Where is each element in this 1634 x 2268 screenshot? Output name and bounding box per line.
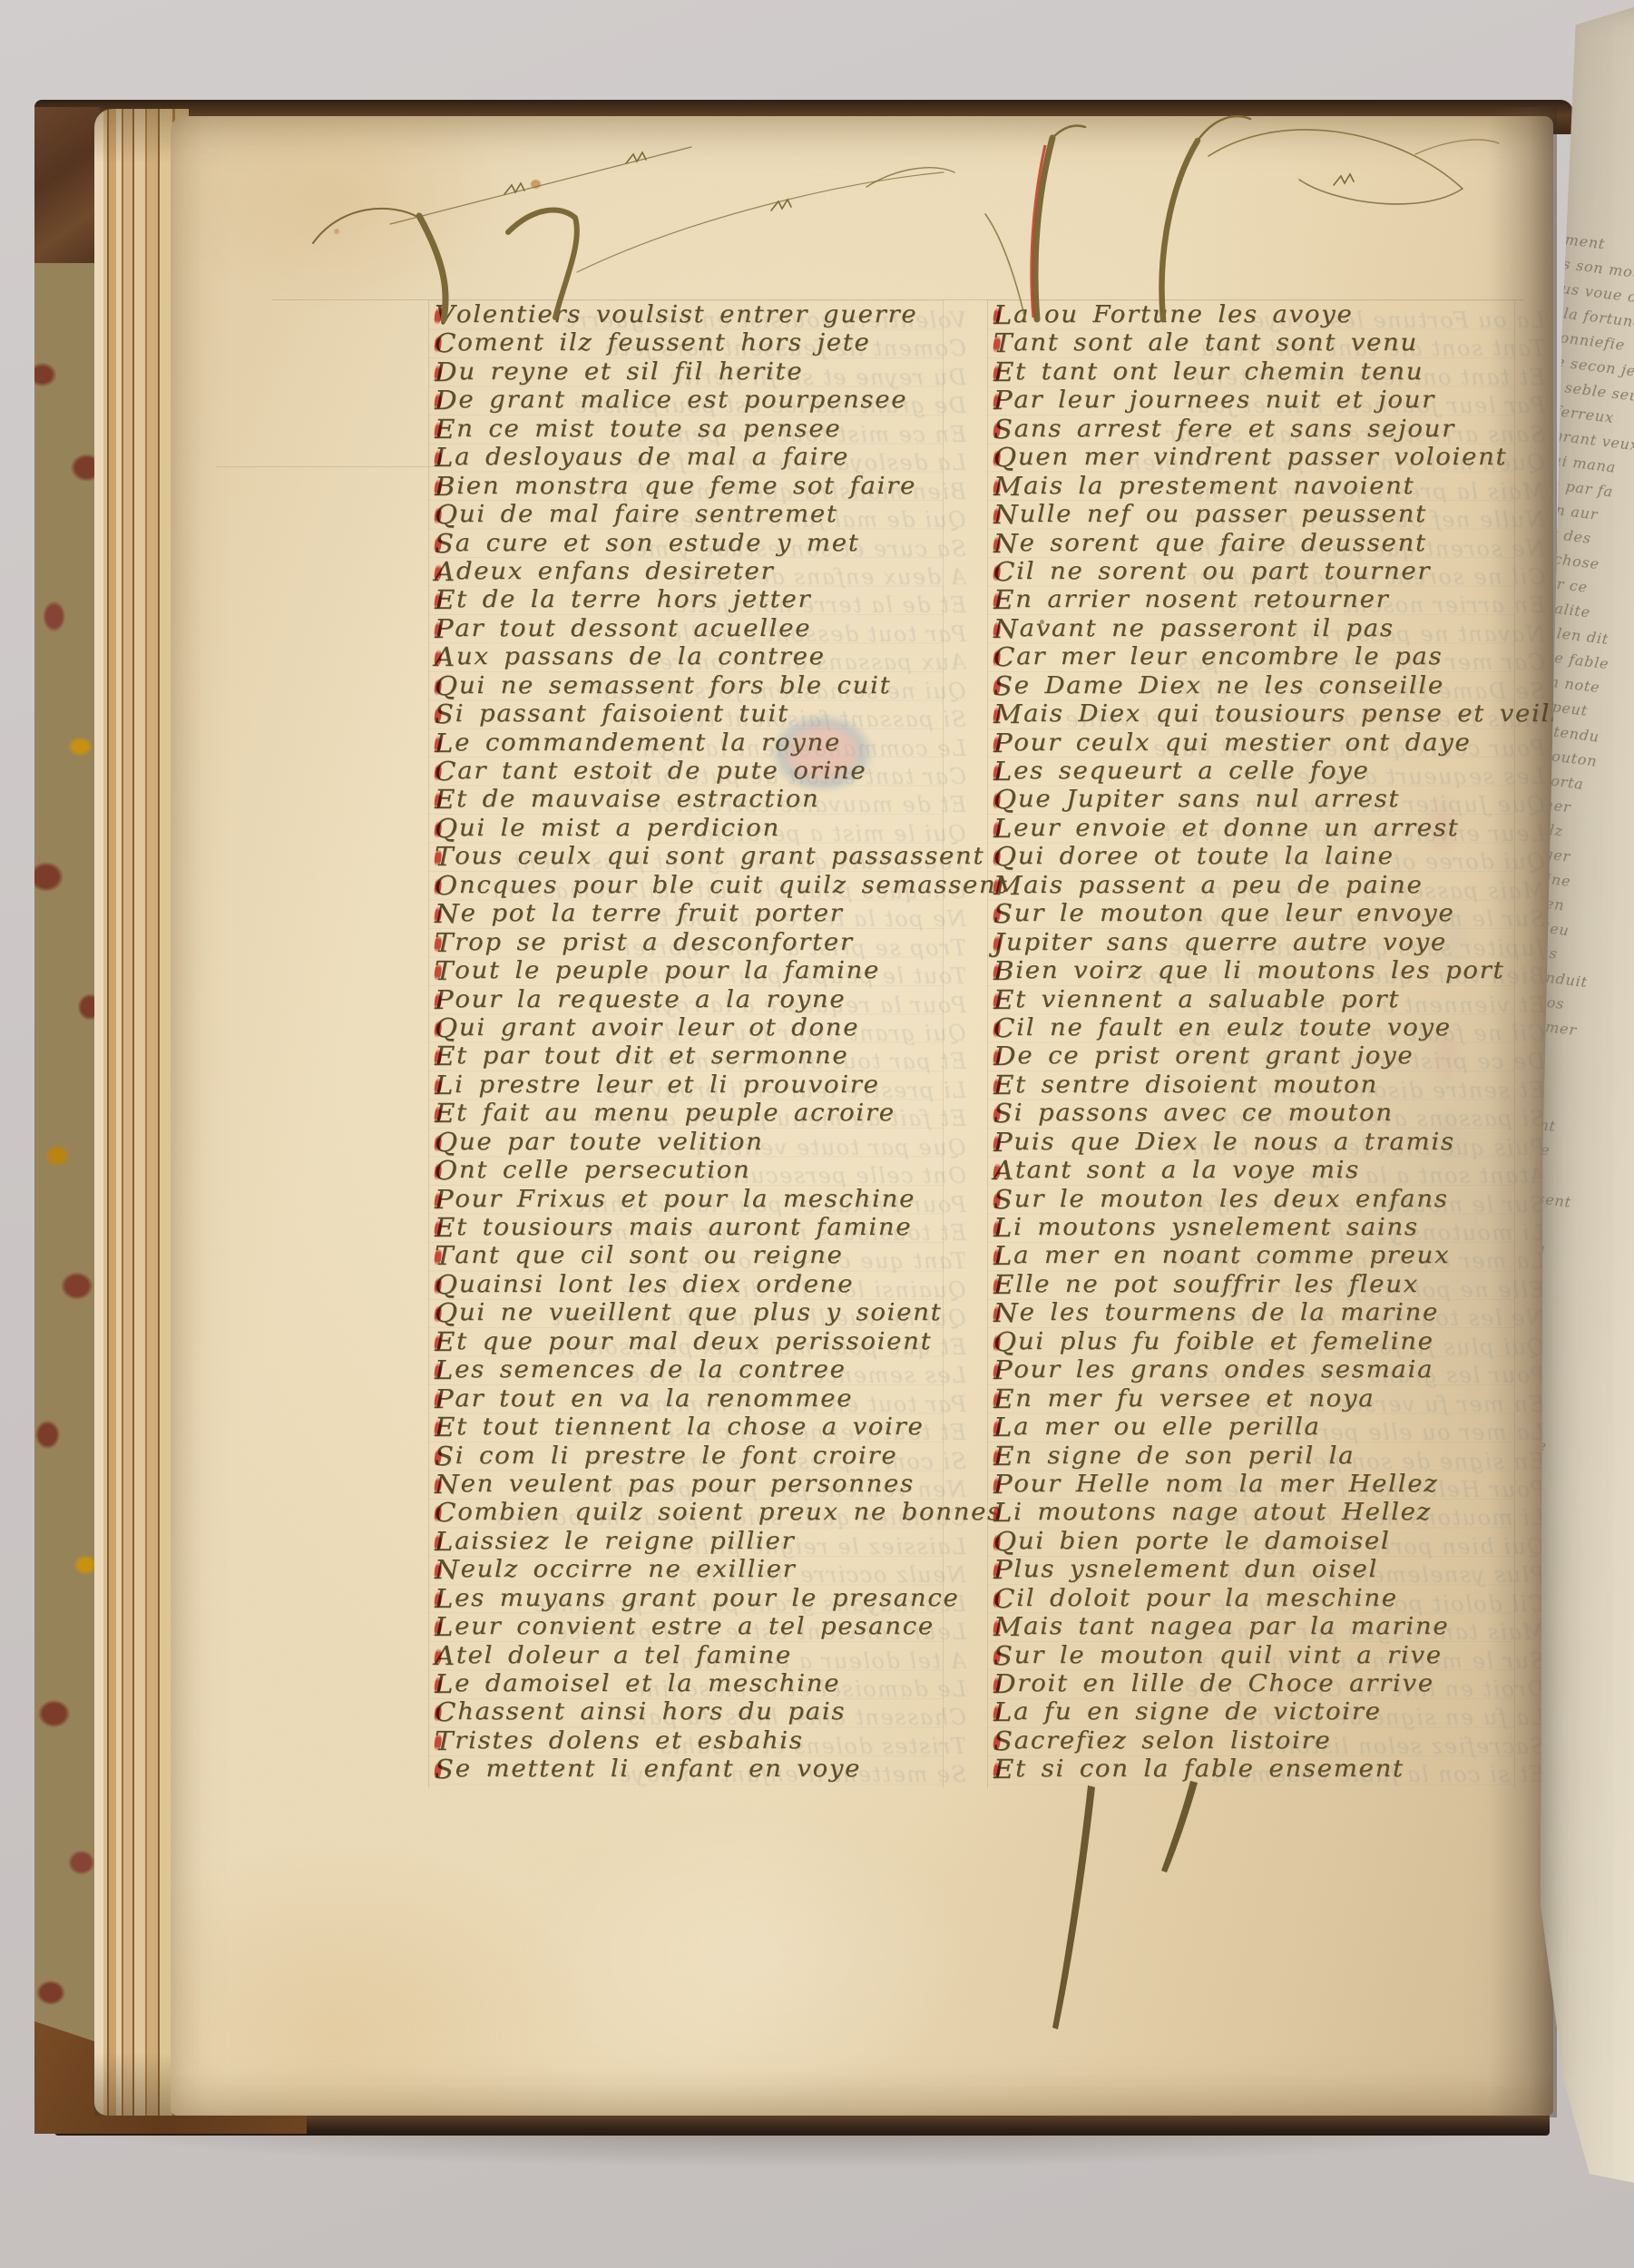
rubricated-initial: E [993,586,1015,614]
verse-line: Tant que cil sont ou reigne [435,1242,974,1270]
verse-line: Les semences de la contree [435,1356,974,1384]
rubricated-initial: N [993,1299,1020,1327]
rubricated-initial: S [993,1186,1014,1214]
verse-line: Tant sont ale tant sont venu [993,329,1547,357]
verse-line: Chassent ainsi hors du pais [435,1698,974,1726]
verse-line: Tristes dolens et esbahis [435,1727,974,1755]
verse-line: Par tout dessont acuellee [435,615,974,643]
rubricated-initial: L [435,1528,455,1556]
rubricated-initial: C [435,1499,457,1527]
verse-line: Plus ysnelement dun oisel [993,1556,1547,1584]
rubricated-initial: S [435,1755,455,1784]
rubricated-initial: C [993,1585,1016,1613]
verse-line: De grant malice est pourpensee [435,386,974,415]
verse-column-right: La ou Fortune les avoyeTant sont ale tan… [993,301,1547,1784]
spine-leather [34,107,100,270]
verse-line: Neulz occirre ne exillier [435,1556,974,1584]
rubricated-initial: P [435,615,455,643]
rubricated-initial: N [435,900,461,928]
marbled-cover-board [34,263,100,2123]
rubricated-initial: A [435,558,456,586]
rubricated-initial: P [435,986,455,1014]
parchment-spot [334,229,339,234]
verse-line: Sur le mouton les deux enfans [993,1186,1547,1214]
rubricated-initial: D [993,1042,1017,1070]
rubricated-initial: C [993,558,1016,586]
verse-line: Bien voirz que li moutons les port [993,957,1547,985]
rubricated-initial: P [993,1129,1013,1157]
verse-line: Se Dame Diex ne les conseille [993,672,1547,700]
rubricated-initial: Q [435,1271,459,1299]
verse-line: Quainsi lont les diex ordene [435,1271,974,1299]
rubricated-initial: L [993,1698,1013,1726]
rubricated-initial: P [993,729,1013,758]
verse-line: Ont celle persecution [435,1157,974,1185]
rubricated-initial: O [435,1157,459,1185]
verse-line: Et par tout dit et sermonne [435,1042,974,1070]
verse-line: Leur envoie et donne un arrest [993,815,1547,843]
rubricated-initial: S [993,1727,1014,1755]
verse-line: Et tant ont leur chemin tenu [993,358,1547,386]
verse-line: Navant ne passeront il pas [993,615,1547,643]
rubricated-initial: N [435,1556,461,1584]
rubricated-initial: Q [435,1014,459,1042]
verse-line: Elle ne pot souffrir les fleux [993,1271,1547,1299]
rubricated-initial: E [435,1328,456,1356]
rubricated-initial: M [993,700,1023,728]
verse-line: Pour la requeste a la royne [435,986,974,1014]
verse-line: Se mettent li enfant en voye [435,1755,974,1784]
verse-line: Les sequeurt a celle foye [993,758,1547,786]
verse-line: Sur le mouton quil vint a rive [993,1642,1547,1670]
verse-line: La mer ou elle perilla [993,1413,1547,1442]
verse-line: La desloyaus de mal a faire [435,444,974,472]
verse-line: En arrier nosent retourner [993,586,1547,614]
ruling-pencil-line [216,466,434,467]
rubricated-initial: L [435,1071,455,1100]
verse-line: Si passant faisoient tuit [435,700,974,728]
verse-line: De ce prist orent grant joye [993,1042,1547,1070]
verse-column-left: Volentiers voulsist entrer guerreComent … [435,301,974,1784]
verse-line: Qui bien porte le damoisel [993,1528,1547,1556]
rubricated-initial: P [993,1471,1013,1499]
verse-line: Qui plus fu foible et femeline [993,1328,1547,1356]
verse-line: Par tout en va la renommee [435,1385,974,1413]
rubricated-initial: L [993,758,1013,786]
rubricated-initial: T [435,957,455,985]
verse-line: A deux enfans desireter [435,558,974,586]
verse-line: Oncques pour ble cuit quilz semassent [435,872,974,900]
rubricated-initial: T [435,843,455,871]
rubricated-initial: Q [435,1299,459,1327]
verse-line: Qui ne semassent fors ble cuit [435,672,974,700]
verse-line: Qui de mal faire sentremet [435,501,974,529]
rubricated-initial: L [993,815,1013,843]
rubricated-initial: Q [435,672,459,700]
rubricated-initial: L [435,444,455,472]
verse-line: Mais Diex qui tousiours pense et veille [993,700,1547,728]
verse-line: Tout le peuple pour la famine [435,957,974,985]
rubricated-initial: L [435,1613,455,1641]
rubricated-initial: E [993,1271,1015,1299]
verse-line: Du reyne et sil fil herite [435,358,974,386]
rubricated-initial: J [993,929,1006,957]
verse-line: Car tant estoit de pute orine [435,758,974,786]
rubricated-initial: C [435,329,457,357]
rubricated-initial: Q [993,1328,1018,1356]
verse-line: Quen mer vindrent passer voloient [993,444,1547,472]
verse-line: Pour Frixus et pour la meschine [435,1186,974,1214]
rubricated-initial: T [435,1242,455,1270]
rubricated-initial: S [993,1100,1014,1128]
rubricated-initial: P [435,1385,455,1413]
rubricated-initial: E [993,1442,1015,1471]
rubricated-initial: N [993,501,1020,529]
verse-line: Car mer leur encombre le pas [993,643,1547,671]
verse-line: Laissiez le reigne pillier [435,1528,974,1556]
rubricated-initial: S [993,415,1014,444]
rubricated-initial: S [435,530,455,558]
rubricated-initial: S [435,1442,455,1471]
verse-line: Mais passent a peu de paine [993,872,1547,900]
verse-line: Qui doree ot toute la laine [993,843,1547,871]
verse-line: Droit en lille de Choce arrive [993,1670,1547,1698]
rubricated-initial: T [435,929,455,957]
rubricated-initial: Q [435,1129,459,1157]
rubricated-initial: E [435,786,456,814]
verse-line: Combien quilz soient preux ne bonnes [435,1499,974,1527]
verse-line: Et fait au menu peuple acroire [435,1100,974,1128]
rubricated-initial: C [435,758,457,786]
verse-line: En signe de son peril la [993,1442,1547,1471]
verse-line: Cil ne fault en eulz toute voye [993,1014,1547,1042]
verse-line: Et viennent a saluable port [993,986,1547,1014]
rubricated-initial: C [435,1698,457,1726]
rubricated-initial: Q [435,815,459,843]
verse-line: Sur le mouton que leur envoye [993,900,1547,928]
rubricated-initial: L [993,301,1013,329]
verse-line: Que Jupiter sans nul arrest [993,786,1547,814]
verse-line: Coment ilz feussent hors jete [435,329,974,357]
rubricated-initial: E [993,358,1015,386]
verse-line: Ne les tourmens de la marine [993,1299,1547,1327]
rubricated-initial: E [435,1100,456,1128]
rubricated-initial: E [435,1413,456,1442]
verse-line: Bien monstra que feme sot faire [435,473,974,501]
verse-line: Qui ne vueillent que plus y soient [435,1299,974,1327]
photograph-backdrop: Volentiers voulsist entrer guerreComent … [0,0,1634,2268]
rubricated-initial: E [435,415,456,444]
rubricated-initial: N [993,530,1020,558]
verse-line: Qui le mist a perdicion [435,815,974,843]
verse-line: En ce mist toute sa pensee [435,415,974,444]
rubricated-initial: L [993,1499,1013,1527]
verse-line: Sacrefiez selon listoire [993,1727,1547,1755]
rubricated-initial: S [993,672,1014,700]
verse-line: Pour ceulx qui mestier ont daye [993,729,1547,758]
rubricated-initial: L [435,1585,455,1613]
verse-line: En mer fu versee et noya [993,1385,1547,1413]
verse-line: Li prestre leur et li prouvoire [435,1071,974,1100]
verse-line: Ne sorent que faire deussent [993,530,1547,558]
verse-line: Et tousiours mais auront famine [435,1214,974,1242]
verse-line: Et de la terre hors jetter [435,586,974,614]
rubricated-initial: E [993,986,1015,1014]
rubricated-initial: A [435,643,456,671]
rubricated-initial: N [435,1471,461,1499]
rubricated-initial: M [993,872,1023,900]
verse-line: Volentiers voulsist entrer guerre [435,301,974,329]
rubricated-initial: P [993,386,1013,415]
verse-line: Le commandement la royne [435,729,974,758]
rubricated-initial: B [435,473,456,501]
rubricated-initial: A [993,1157,1015,1185]
rubricated-initial: L [435,729,455,758]
rubricated-initial: E [993,1071,1015,1100]
rubricated-initial: D [435,386,458,415]
verse-line: Et de mauvaise estraction [435,786,974,814]
rubricated-initial: S [435,700,455,728]
verse-line: Qui grant avoir leur ot done [435,1014,974,1042]
verse-line: Leur convient estre a tel pesance [435,1613,974,1641]
rubricated-initial: D [435,358,458,386]
verse-line: Si com li prestre le font croire [435,1442,974,1471]
verse-line: Pour les grans ondes sesmaia [993,1356,1547,1384]
rubricated-initial: E [993,1755,1015,1784]
verse-line: Ne pot la terre fruit porter [435,900,974,928]
rubricated-initial: S [993,1642,1014,1670]
verse-line: Nen veulent pas pour personnes [435,1471,974,1499]
verse-line: Les muyans grant pour le presance [435,1585,974,1613]
rubricated-initial: N [993,615,1020,643]
rubricated-initial: E [435,586,456,614]
rubricated-initial: T [435,1727,455,1755]
rubricated-initial: P [435,1186,455,1214]
rubricated-initial: L [993,1214,1013,1242]
verse-line: Jupiter sans querre autre voye [993,929,1547,957]
verse-line: Atant sont a la voye mis [993,1157,1547,1185]
rubricated-initial: A [435,1642,456,1670]
rubricated-initial: C [993,1014,1016,1042]
verse-line: Cil ne sorent ou part tourner [993,558,1547,586]
rubricated-initial: T [993,329,1013,357]
verse-line: Que par toute velition [435,1129,974,1157]
verse-line: La mer en noant comme preux [993,1242,1547,1270]
rubricated-initial: P [993,1556,1013,1584]
rubricated-initial: E [435,1042,456,1070]
verse-line: Pour Helle nom la mer Hellez [993,1471,1547,1499]
rubricated-initial: Q [993,786,1018,814]
rubricated-initial: B [993,957,1015,985]
verse-line: Si passons avec ce mouton [993,1100,1547,1128]
rubricated-initial: Q [993,1528,1018,1556]
rubricated-initial: O [435,872,459,900]
verse-line: Nulle nef ou passer peussent [993,501,1547,529]
verse-line: Li moutons ysnelement sains [993,1214,1547,1242]
verse-line: Et si con la fable ensement [993,1755,1547,1784]
verse-line: Mais la prestement navoient [993,473,1547,501]
rubricated-initial: M [993,1613,1023,1641]
verse-line: Li moutons nage atout Hellez [993,1499,1547,1527]
verse-line: La ou Fortune les avoye [993,301,1547,329]
rubricated-initial: E [993,1385,1015,1413]
rubricated-initial: D [993,1670,1017,1698]
rubricated-initial: S [993,900,1014,928]
verse-line: Aux passans de la contree [435,643,974,671]
verse-line: Mais tant nagea par la marine [993,1613,1547,1641]
verse-line: Tous ceulx qui sont grant passassent [435,843,974,871]
rubricated-initial: Q [993,444,1018,472]
verse-line: Et sentre disoient mouton [993,1071,1547,1100]
rubricated-initial: C [993,643,1016,671]
rubricated-initial: L [435,1670,455,1698]
rubricated-initial: P [993,1356,1013,1384]
verse-line: Puis que Diex le nous a tramis [993,1129,1547,1157]
verse-line: Sa cure et son estude y met [435,530,974,558]
rubricated-initial: L [435,1356,455,1384]
verse-line: Par leur journees nuit et jour [993,386,1547,415]
verse-line: A tel doleur a tel famine [435,1642,974,1670]
verse-line: Cil doloit pour la meschine [993,1585,1547,1613]
rubricated-initial: Q [993,843,1018,871]
rubricated-initial: L [993,1242,1013,1270]
verse-line: Le damoisel et la meschine [435,1670,974,1698]
rubricated-initial: E [435,1214,456,1242]
rubricated-initial: M [993,473,1023,501]
verse-line: Trop se prist a desconforter [435,929,974,957]
verse-line: Et que pour mal deux perissoient [435,1328,974,1356]
rubricated-initial: V [435,301,456,329]
rubricated-initial: Q [435,501,459,529]
rubricated-initial: L [993,1413,1013,1442]
parchment-spot [531,180,541,189]
verse-line: Et tout tiennent la chose a voire [435,1413,974,1442]
verse-line: Sans arrest fere et sans sejour [993,415,1547,444]
verse-line: La fu en signe de victoire [993,1698,1547,1726]
